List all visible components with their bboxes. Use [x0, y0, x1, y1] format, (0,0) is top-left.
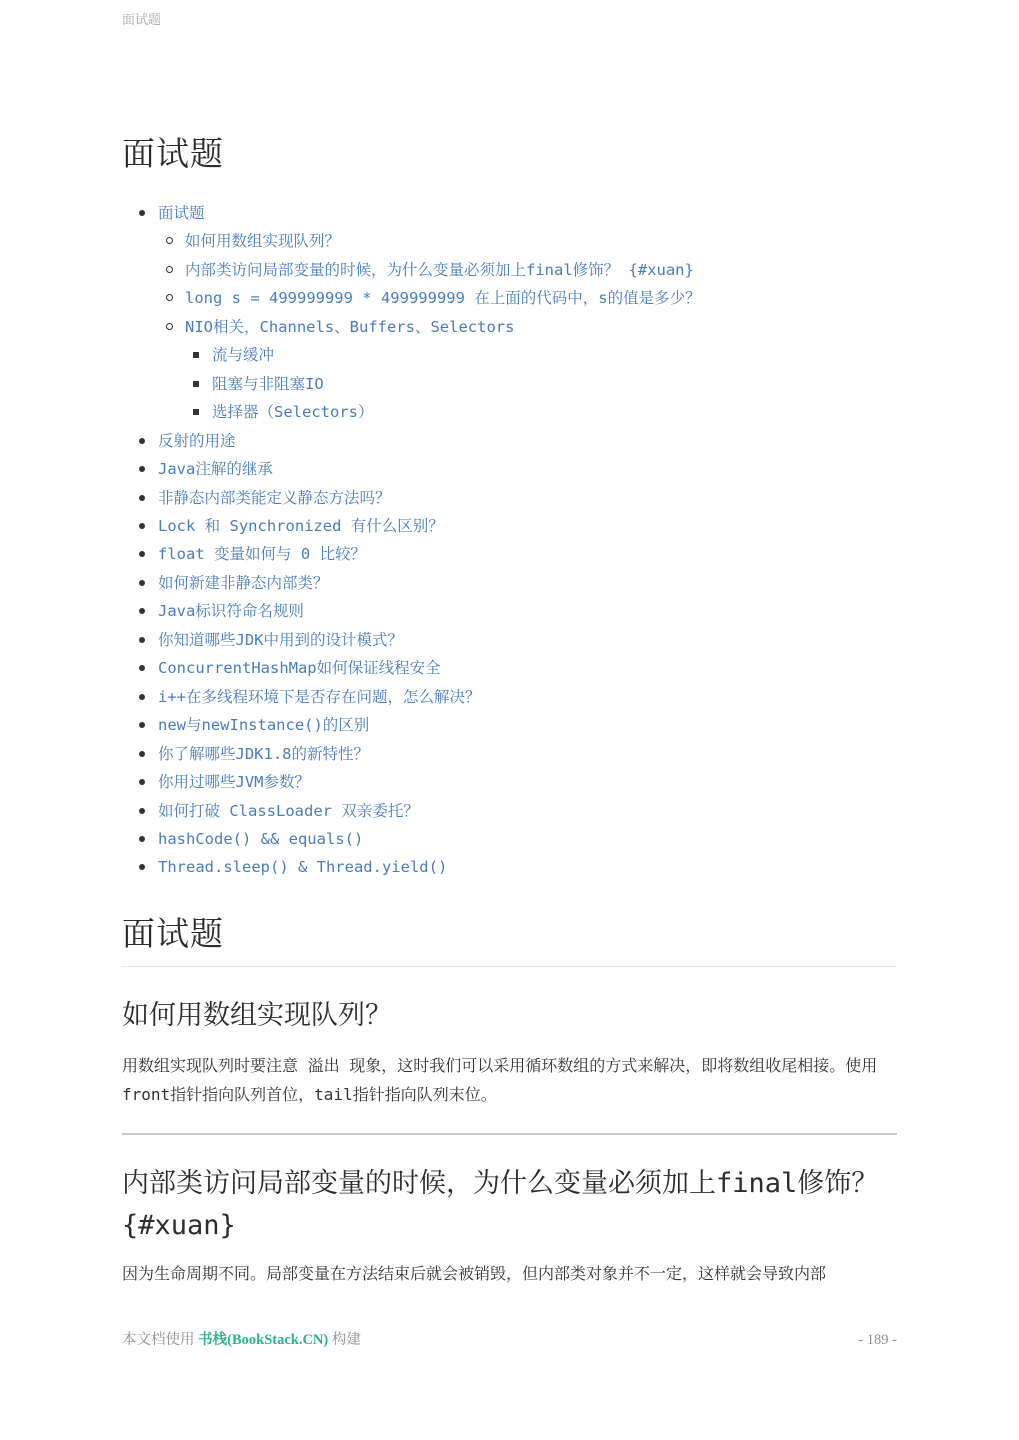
running-header: 面试题	[122, 12, 161, 29]
section-heading-final: 内部类访问局部变量的时候，为什么变量必须加上final修饰？ {#xuan}	[122, 1163, 897, 1247]
toc-item: i++在多线程环境下是否存在问题，怎么解决？	[122, 683, 897, 711]
divider	[122, 966, 897, 967]
toc-link[interactable]: long s = 499999999 * 499999999 在上面的代码中，s…	[185, 289, 701, 307]
toc-item: 非静态内部类能定义静态方法吗？	[122, 484, 897, 512]
page-title: 面试题	[122, 134, 897, 174]
toc-link[interactable]: 你用过哪些JVM参数？	[158, 773, 310, 791]
toc-item: long s = 499999999 * 499999999 在上面的代码中，s…	[122, 284, 897, 312]
toc-item: 反射的用途	[122, 427, 897, 455]
toc-item: 如何新建非静态内部类？	[122, 569, 897, 597]
toc-item: 面试题	[122, 199, 897, 227]
toc-item: 如何打破 ClassLoader 双亲委托？	[122, 797, 897, 825]
toc-link[interactable]: Thread.sleep() & Thread.yield()	[158, 858, 447, 876]
toc-item: 你用过哪些JVM参数？	[122, 768, 897, 796]
toc-link[interactable]: hashCode() && equals()	[158, 830, 363, 848]
page-number: - 189 -	[858, 1330, 897, 1350]
footer-prefix: 本文档使用	[122, 1332, 198, 1348]
toc-item: Java注解的继承	[122, 455, 897, 483]
footer-suffix: 构建	[328, 1332, 361, 1348]
toc-link[interactable]: 你了解哪些JDK1.8的新特性？	[158, 745, 369, 763]
toc-item: new与newInstance()的区别	[122, 711, 897, 739]
table-of-contents: 面试题 如何用数组实现队列？ 内部类访问局部变量的时候，为什么变量必须加上fin…	[122, 199, 897, 882]
section-body-final: 因为生命周期不同。局部变量在方法结束后就会被销毁，但内部类对象并不一定，这样就会…	[122, 1260, 897, 1289]
toc-link[interactable]: 如何新建非静态内部类？	[158, 574, 329, 592]
toc-link[interactable]: float 变量如何与 0 比较？	[158, 545, 366, 563]
toc-link[interactable]: 流与缓冲	[212, 346, 274, 364]
toc-link[interactable]: 你知道哪些JDK中用到的设计模式？	[158, 631, 403, 649]
toc-link[interactable]: Lock 和 Synchronized 有什么区别？	[158, 517, 444, 535]
toc-item: 内部类访问局部变量的时候，为什么变量必须加上final修饰？ {#xuan}	[122, 256, 897, 284]
toc-item: hashCode() && equals()	[122, 825, 897, 853]
toc-link[interactable]: 反射的用途	[158, 432, 236, 450]
divider	[122, 1133, 897, 1135]
toc-item: float 变量如何与 0 比较？	[122, 540, 897, 568]
toc-link[interactable]: Java标识符命名规则	[158, 602, 304, 620]
toc-item: Java标识符命名规则	[122, 597, 897, 625]
toc-link[interactable]: 阻塞与非阻塞IO	[212, 375, 324, 393]
section-group-title: 面试题	[122, 914, 897, 954]
toc-item: 你了解哪些JDK1.8的新特性？	[122, 740, 897, 768]
toc-link[interactable]: ConcurrentHashMap如何保证线程安全	[158, 659, 441, 677]
toc-link[interactable]: 如何打破 ClassLoader 双亲委托？	[158, 802, 419, 820]
toc-link[interactable]: 面试题	[158, 204, 205, 222]
toc-item: 流与缓冲	[122, 341, 897, 369]
toc-item: 如何用数组实现队列？	[122, 227, 897, 255]
section-body-queue: 用数组实现队列时要注意 溢出 现象，这时我们可以采用循环数组的方式来解决，即将数…	[122, 1052, 897, 1109]
toc-link[interactable]: i++在多线程环境下是否存在问题，怎么解决？	[158, 688, 481, 706]
toc-link[interactable]: Java注解的继承	[158, 460, 273, 478]
footer-build-note: 本文档使用 书栈(BookStack.CN) 构建	[122, 1330, 361, 1350]
toc-link[interactable]: 如何用数组实现队列？	[185, 232, 340, 250]
document-page: 面试题 面试题 面试题 如何用数组实现队列？ 内部类访问局部变量的时候，为什么变…	[0, 0, 1019, 1440]
toc-link[interactable]: 选择器（Selectors）	[212, 403, 374, 421]
toc-item: 你知道哪些JDK中用到的设计模式？	[122, 626, 897, 654]
toc-item: Lock 和 Synchronized 有什么区别？	[122, 512, 897, 540]
toc-link[interactable]: 内部类访问局部变量的时候，为什么变量必须加上final修饰？ {#xuan}	[185, 261, 694, 279]
toc-link[interactable]: new与newInstance()的区别	[158, 716, 369, 734]
toc-link[interactable]: 非静态内部类能定义静态方法吗？	[158, 489, 391, 507]
toc-item: Thread.sleep() & Thread.yield()	[122, 853, 897, 881]
toc-item: 选择器（Selectors）	[122, 398, 897, 426]
toc-item: NIO相关，Channels、Buffers、Selectors	[122, 313, 897, 341]
toc-item: ConcurrentHashMap如何保证线程安全	[122, 654, 897, 682]
toc-item: 阻塞与非阻塞IO	[122, 370, 897, 398]
bookstack-link[interactable]: 书栈(BookStack.CN)	[198, 1332, 328, 1348]
section-heading-queue: 如何用数组实现队列？	[122, 995, 897, 1037]
toc-link[interactable]: NIO相关，Channels、Buffers、Selectors	[185, 318, 514, 336]
